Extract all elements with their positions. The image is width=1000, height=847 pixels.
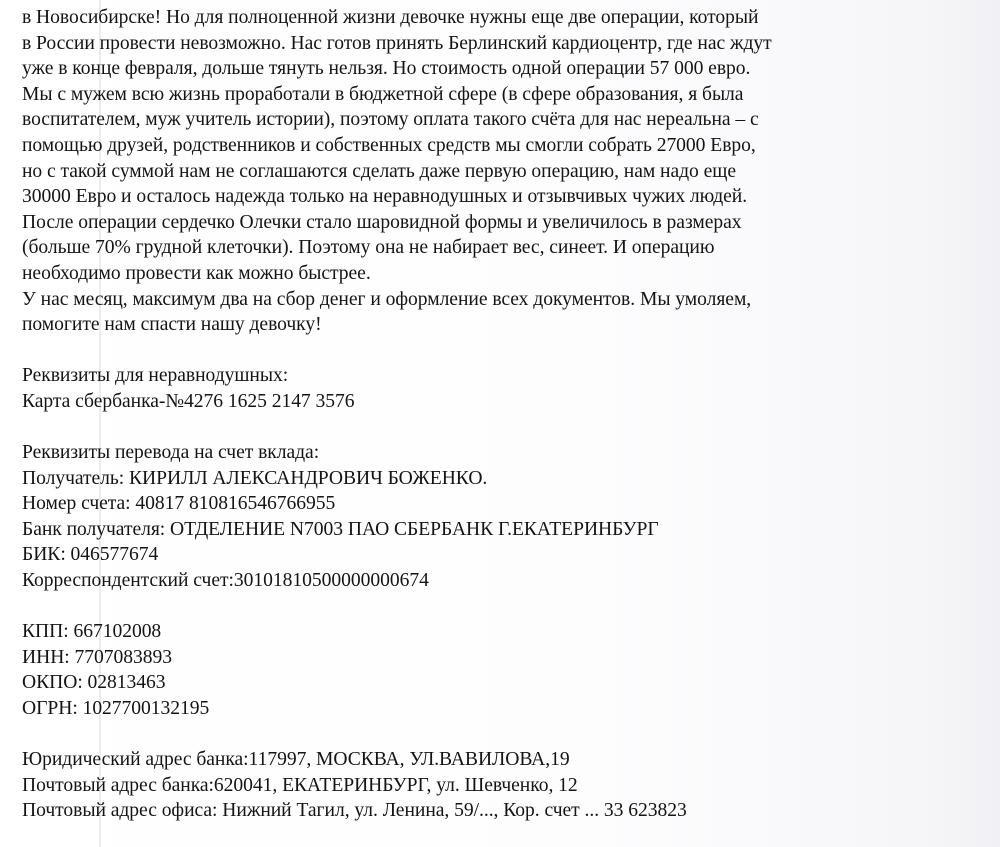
appeal-line: После операции сердечко Олечки стало шар…: [22, 210, 992, 236]
spacer: [22, 338, 992, 364]
inn-code: ИНН: 7707083893: [22, 645, 992, 671]
appeal-line: (больше 70% грудной клеточки). Поэтому о…: [22, 235, 992, 261]
bank-postal-address: Почтовый адрес банка:620041, ЕКАТЕРИНБУР…: [22, 773, 992, 799]
recipient-bank: Банк получателя: ОТДЕЛЕНИЕ N7003 ПАО СБЕ…: [22, 517, 992, 543]
card-number: Карта сбербанка-№4276 1625 2147 3576: [22, 389, 992, 415]
transfer-section-heading: Реквизиты перевода на счет вклада:: [22, 440, 992, 466]
appeal-line: воспитателем, муж учитель истории), поэт…: [22, 107, 992, 133]
account-number: Номер счета: 40817 810816546766955: [22, 491, 992, 517]
appeal-line: помогите нам спасти нашу девочку!: [22, 312, 992, 338]
appeal-line: необходимо провести как можно быстрее.: [22, 261, 992, 287]
appeal-line: помощью друзей, родственников и собствен…: [22, 133, 992, 159]
ogrn-code: ОГРН: 1027700132195: [22, 696, 992, 722]
appeal-line: Мы с мужем всю жизнь проработали в бюдже…: [22, 82, 992, 108]
spacer: [22, 722, 992, 748]
okpo-code: ОКПО: 02813463: [22, 670, 992, 696]
appeal-line: в Новосибирске! Но для полноценной жизни…: [22, 5, 992, 31]
appeal-line: У нас месяц, максимум два на сбор денег …: [22, 287, 992, 313]
truncated-address-line: Почтовый адрес офиса: Нижний Тагил, ул. …: [22, 798, 992, 824]
appeal-line: уже в конце февраля, дольше тянуть нельз…: [22, 56, 992, 82]
appeal-line: но с такой суммой нам не соглашаются сде…: [22, 159, 992, 185]
correspondent-account: Корреспондентский счет:30101810500000000…: [22, 568, 992, 594]
bank-legal-address: Юридический адрес банка:117997, МОСКВА, …: [22, 747, 992, 773]
appeal-line: 30000 Евро и осталось надежда только на …: [22, 184, 992, 210]
scanned-document-page: в Новосибирске! Но для полноценной жизни…: [0, 0, 1000, 847]
spacer: [22, 594, 992, 620]
appeal-line: в России провести невозможно. Нас готов …: [22, 31, 992, 57]
bik-code: БИК: 046577674: [22, 542, 992, 568]
spacer: [22, 415, 992, 441]
kpp-code: КПП: 667102008: [22, 619, 992, 645]
card-section-heading: Реквизиты для неравнодушных:: [22, 363, 992, 389]
recipient-name: Получатель: КИРИЛЛ АЛЕКСАНДРОВИЧ БОЖЕНКО…: [22, 466, 992, 492]
document-text: в Новосибирске! Но для полноценной жизни…: [22, 5, 992, 824]
